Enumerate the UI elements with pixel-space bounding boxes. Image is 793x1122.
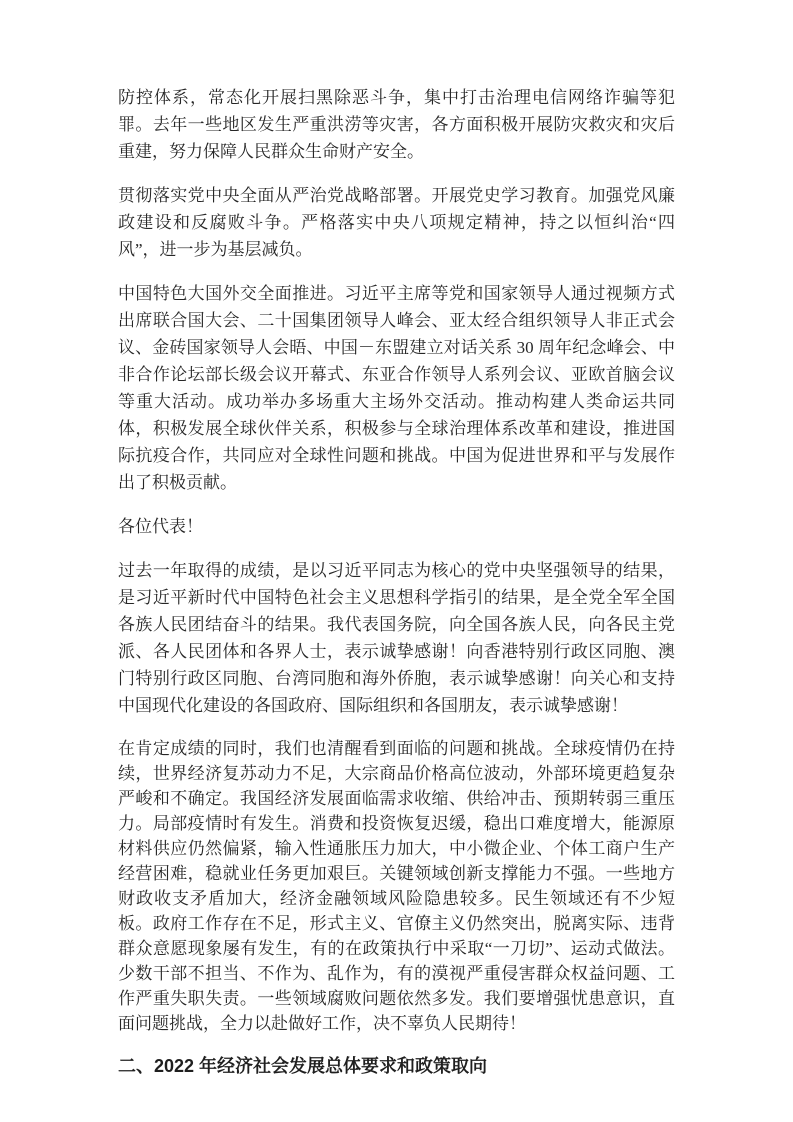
salutation-delegates: 各位代表！ (118, 513, 675, 540)
paragraph-acknowledgements: 过去一年取得的成绩，是以习近平同志为核心的党中央坚强领导的结果，是习近平新时代中… (118, 557, 675, 719)
section-heading-2022-policy: 二、2022 年经济社会发展总体要求和政策取向 (118, 1053, 675, 1080)
paragraph-party-governance: 贯彻落实党中央全面从严治党战略部署。开展党史学习教育。加强党风廉政建设和反腐败斗… (118, 182, 675, 263)
document-page: 防控体系，常态化开展扫黑除恶斗争，集中打击治理电信网络诈骗等犯罪。去年一些地区发… (0, 0, 793, 1122)
paragraph-problems-challenges: 在肯定成绩的同时，我们也清醒看到面临的问题和挑战。全球疫情仍在持续，世界经济复苏… (118, 736, 675, 1036)
paragraph-public-security: 防控体系，常态化开展扫黑除恶斗争，集中打击治理电信网络诈骗等犯罪。去年一些地区发… (118, 84, 675, 165)
paragraph-diplomacy: 中国特色大国外交全面推进。习近平主席等党和国家领导人通过视频方式出席联合国大会、… (118, 280, 675, 496)
